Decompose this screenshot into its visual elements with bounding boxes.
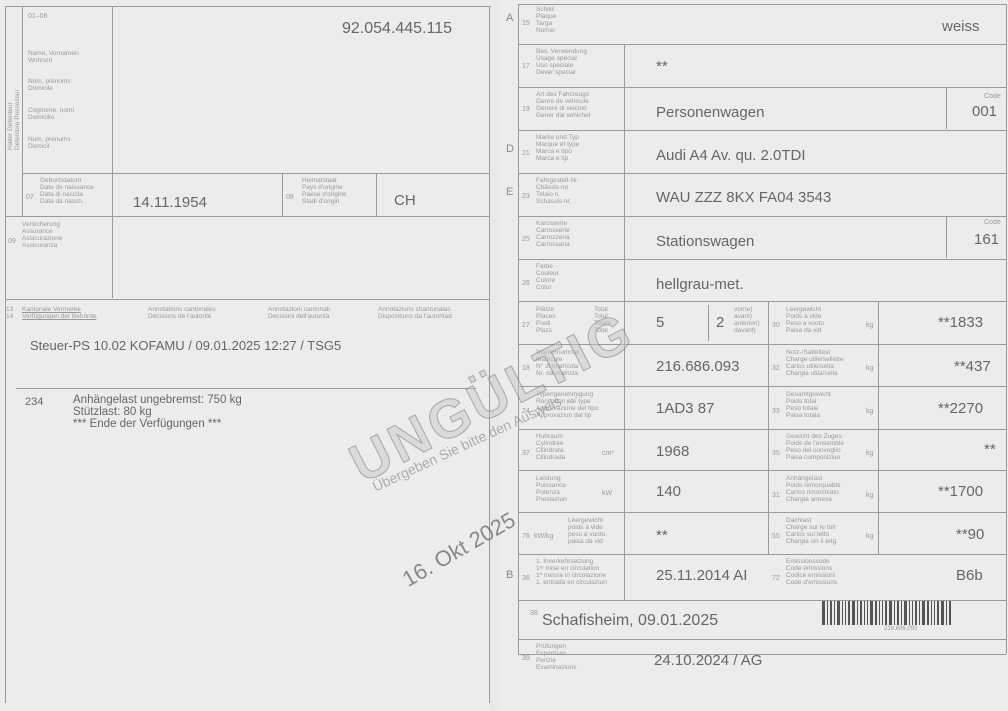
holder-label-it: Cognome, nomi Domicilio [28,107,74,121]
chassis-field-no: 23 [522,193,530,200]
trailer-load-value: **1700 [938,483,983,500]
holder-label-fr: Nom, prénoms Domicile [28,78,71,92]
annotations-header-it: Annotazioni cantonali Decisioni dell'aut… [268,306,330,320]
side-letter-d: D [506,143,514,155]
train-weight-label: Gewicht des Zuges Poids de l'ensemble Pe… [786,433,844,461]
entry-lines: Anhängelast ungebremst: 750 kg Stützlast… [73,394,242,430]
displacement-value: 1968 [656,443,689,460]
payload-label: Nutz-/Sattellast Charge utile/sellette C… [786,349,843,377]
make-model-label: Marke und Typ Marque et type Marca e tip… [536,134,579,162]
make-model-value: Audi A4 Av. qu. 2.0TDI [656,147,806,164]
payload-field-no: 32 [772,365,780,372]
special-use-value: ** [656,58,668,75]
entry-line-support: Stützlast: 80 kg [73,406,242,418]
annotations-header-fr: Annotations cantonales Décisions de l'au… [148,306,216,320]
empty-weight-label: Leergewicht Poids à vide Peso a vuoto Pa… [786,306,824,334]
annotations-header-de: Kantonale Vermerke Verfügungen der Behör… [22,306,96,320]
seats-front-label: vorne) avant) anteriori) davant) [734,306,760,334]
make-model-field-no: 21 [522,150,530,157]
power-unit: kW [602,490,612,497]
insurance-label: Versicherung Assurance Assicurazione Ass… [22,221,62,249]
birth-label: Geburtsdatum Date de naissance Data di n… [40,177,94,205]
insurance-field-no: 09 [8,238,16,245]
holder-vertical-label-1: Halter Détenteur [7,102,14,150]
vehicle-type-field-no: 19 [522,106,530,113]
body-value: Stationswagen [656,233,754,250]
chassis-value: WAU ZZZ 8KX FA04 3543 [656,189,831,206]
side-letter-b: B [506,569,513,581]
seats-label: Plätze Places Posti Plazs [536,306,556,334]
holder-field-no: 01–06 [28,13,47,20]
side-letter-e: E [506,186,513,198]
tax-hp-line: Steuer-PS 10.02 KOFAMU / 09.01.2025 12:2… [30,338,341,353]
vehicle-type-label: Art des Fahrzeugs Genre de véhicule Gene… [536,91,590,119]
plate-field-no: 15 [522,20,530,27]
power-weight-unit: kW/kg [534,533,553,540]
color-value: hellgrau-met. [656,276,744,293]
barcode-text: 216.686.093 [884,626,917,632]
place-date-value: Schafisheim, 09.01.2025 [542,612,718,630]
seats-field-no: 27 [522,322,530,329]
holder-label-de: Name, Vornamen Wohnort [28,50,79,64]
empty-weight-unit: kg [866,322,873,329]
inspections-field-no: 39 [522,655,530,662]
entry-line-end: *** Ende der Verfügungen *** [73,418,242,430]
plate-value: weiss [942,18,980,35]
payload-value: **437 [954,358,991,375]
annotations-header-rm: Annotaziuns chantunalas Dispositiuns da … [378,306,452,320]
annotations-field-no: 13 14 [6,306,13,320]
place-date-field-no: 38 [530,610,538,617]
empty-weight-value: **1833 [938,314,983,331]
special-use-label: Bes. Verwendung Usage spécial Uso specia… [536,48,587,76]
color-field-no: 26 [522,280,530,287]
trailer-load-label: Anhängelast Poids remorquable Carico rim… [786,475,841,503]
train-weight-unit: kg [866,450,873,457]
inspections-value: 24.10.2024 / AG [654,652,762,669]
chassis-label: Fahrgestell-Nr. Châssis no Telaio n. Sch… [536,177,579,205]
side-letter-a: A [506,12,513,24]
first-reg-label: 1. Inverkehrsetzung 1ʳᵉ mise en circulat… [536,558,607,586]
train-weight-field-no: 35 [772,450,780,457]
roof-load-value: **90 [956,526,984,543]
inspections-label: Prüfungen Expertises Perizie Examinaziun… [536,643,576,671]
total-weight-value: **2270 [938,400,983,417]
displacement-field-no: 37 [522,450,530,457]
birth-field-no: 07 [26,194,34,201]
entry-code: 234 [25,396,43,408]
left-page: 01–06 Halter Détenteur Detentore Possess… [0,0,490,711]
seats-total: 5 [656,314,664,331]
birth-date: 14.11.1954 [133,194,207,211]
holder-vertical-label-2: Detentore Possessur [14,89,21,150]
plate-label: Schild Plaque Targa Numer [536,6,556,34]
holder-number: 92.054.445.115 [342,20,452,38]
type-approval-value: 1AD3 87 [656,400,714,417]
roof-load-label: Dachlast Charge sur le toit Carico sul t… [786,517,836,545]
vehicle-type-value: Personenwagen [656,104,764,121]
vehicle-type-code: 001 [972,103,997,120]
seats-front: 2 [716,314,724,331]
total-weight-field-no: 33 [772,408,780,415]
emission-label: Emissionscode Code émissions Codice emis… [786,558,837,586]
payload-unit: kg [866,365,873,372]
origin-field-no: 08 [286,194,294,201]
empty-weight-field-no: 30 [772,322,780,329]
body-field-no: 25 [522,236,530,243]
displacement-unit: cm³ [602,450,614,457]
body-code-label: Code [984,219,1001,226]
first-reg-field-no: 36 [522,575,530,582]
body-code: 161 [974,231,999,248]
holder-label-rm: Num, prenums Domicil [28,136,71,150]
color-label: Farbe Couleur Colore Colur [536,263,559,291]
emission-value: B6b [956,567,983,584]
power-weight-value: ** [656,527,668,544]
emission-field-no: 72 [772,575,780,582]
origin-value: CH [394,192,416,209]
power-weight-field-no: 76 [522,533,530,540]
power-weight-label: Leergewicht poids à vide peso a vuoto pa… [568,517,605,545]
train-weight-value: ** [984,441,996,458]
vehicle-type-code-label: Code [984,93,1001,100]
total-weight-unit: kg [866,408,873,415]
power-value: 140 [656,483,681,500]
total-weight-label: Gesamtgewicht Poids total Peso totale Pa… [786,391,831,419]
barcode [822,601,953,625]
roof-load-unit: kg [866,533,873,540]
entry-line-trailer: Anhängelast ungebremst: 750 kg [73,394,242,406]
trailer-load-unit: kg [866,492,873,499]
first-reg-value: 25.11.2014 AI [656,567,747,584]
special-use-field-no: 17 [522,63,530,70]
body-label: Karosserie Carrosserie Carrozzeria Carro… [536,220,570,248]
displacement-label: Hubraum Cylindrée Cilindrata Cilindrada [536,433,565,461]
power-label: Leistung Puissance Potenza Prestaziun [536,475,567,503]
master-no-value: 216.686.093 [656,358,739,375]
trailer-load-field-no: 31 [772,492,780,499]
roof-load-field-no: 55 [772,533,780,540]
origin-label: Heimatstaat Pays d'origine Paese d'origi… [302,177,347,205]
